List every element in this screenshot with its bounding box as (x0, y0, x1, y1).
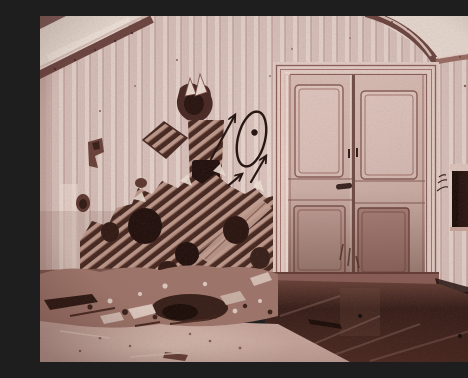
vignette-overlay (40, 16, 468, 362)
photo-canvas (40, 16, 468, 362)
photograph-basement-room (40, 16, 468, 362)
